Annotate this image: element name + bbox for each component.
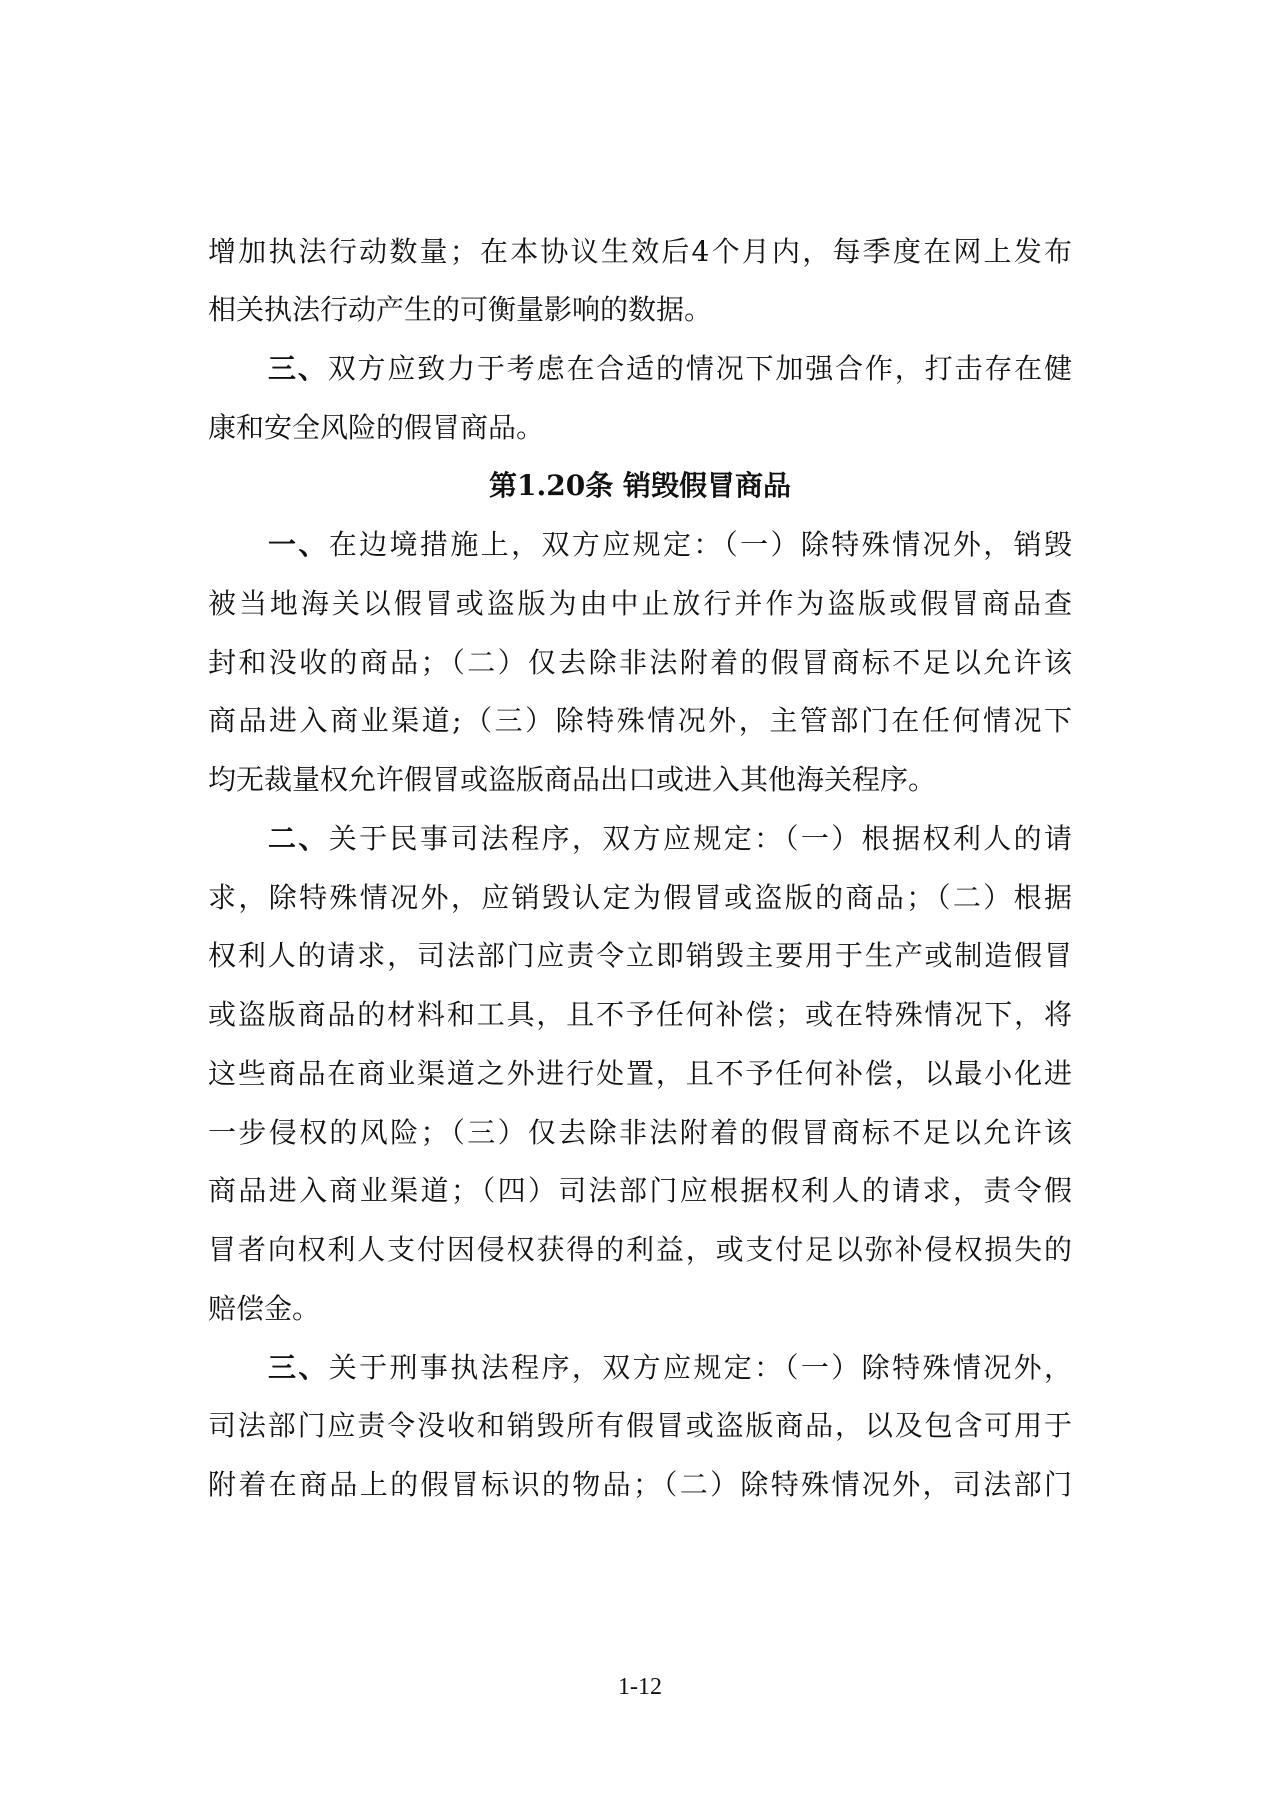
text-line: 商品进入商业渠道；（四）司法部门应根据权利人的请求，责令假 <box>208 1171 1072 1211</box>
document-page: 增加执法行动数量；在本协议生效后4个月内，每季度在网上发布 相关执法行动产生的可… <box>0 0 1280 1810</box>
text-line: 康和安全风险的假冒商品。 <box>208 408 1072 448</box>
paragraph-first-line: 三、关于刑事执法程序，双方应规定：（一）除特殊情况外， <box>268 1348 1072 1388</box>
text-line: 或盗版商品的材料和工具，且不予任何补偿；或在特殊情况下，将 <box>208 995 1072 1035</box>
text-line: 权利人的请求，司法部门应责令立即销毁主要用于生产或制造假冒 <box>208 936 1072 976</box>
paragraph-first-line: 一、在边境措施上，双方应规定：（一）除特殊情况外，销毁 <box>268 525 1072 565</box>
page-number: 1-12 <box>0 1672 1280 1702</box>
paragraph-number: 三、 <box>268 352 328 385</box>
text-line: 冒者向权利人支付因侵权获得的利益，或支付足以弥补侵权损失的 <box>208 1230 1072 1270</box>
text-line: 赔偿金。 <box>208 1289 1072 1329</box>
text-line: 均无裁量权允许假冒或盗版商品出口或进入其他海关程序。 <box>208 760 1072 800</box>
text-line: 增加执法行动数量；在本协议生效后4个月内，每季度在网上发布 <box>208 232 1072 272</box>
text-line: 相关执法行动产生的可衡量影响的数据。 <box>208 290 1072 330</box>
text-line: 这些商品在商业渠道之外进行处置，且不予任何补偿，以最小化进 <box>208 1054 1072 1094</box>
text-line: 司法部门应责令没收和销毁所有假冒或盗版商品，以及包含可用于 <box>208 1406 1072 1446</box>
paragraph-number: 一、 <box>268 528 329 561</box>
text-line: 附着在商品上的假冒标识的物品；（二）除特殊情况外，司法部门 <box>208 1465 1072 1505</box>
text-line: 一步侵权的风险；（三）仅去除非法附着的假冒商标不足以允许该 <box>208 1113 1072 1153</box>
text-line: 封和没收的商品；（二）仅去除非法附着的假冒商标不足以允许该 <box>208 643 1072 683</box>
text-line: 被当地海关以假冒或盗版为由中止放行并作为盗版或假冒商品查 <box>208 584 1072 624</box>
paragraph-first-line: 三、双方应致力于考虑在合适的情况下加强合作，打击存在健 <box>268 349 1072 389</box>
paragraph-number: 三、 <box>268 1351 329 1384</box>
text-line: 商品进入商业渠道;（三）除特殊情况外，主管部门在任何情况下 <box>208 701 1072 741</box>
paragraph-first-line: 二、关于民事司法程序，双方应规定：（一）根据权利人的请 <box>268 819 1072 859</box>
article-heading: 第1.20条 销毁假冒商品 <box>0 466 1280 506</box>
text-line: 求，除特殊情况外，应销毁认定为假冒或盗版的商品；（二）根据 <box>208 878 1072 918</box>
paragraph-number: 二、 <box>268 822 329 855</box>
